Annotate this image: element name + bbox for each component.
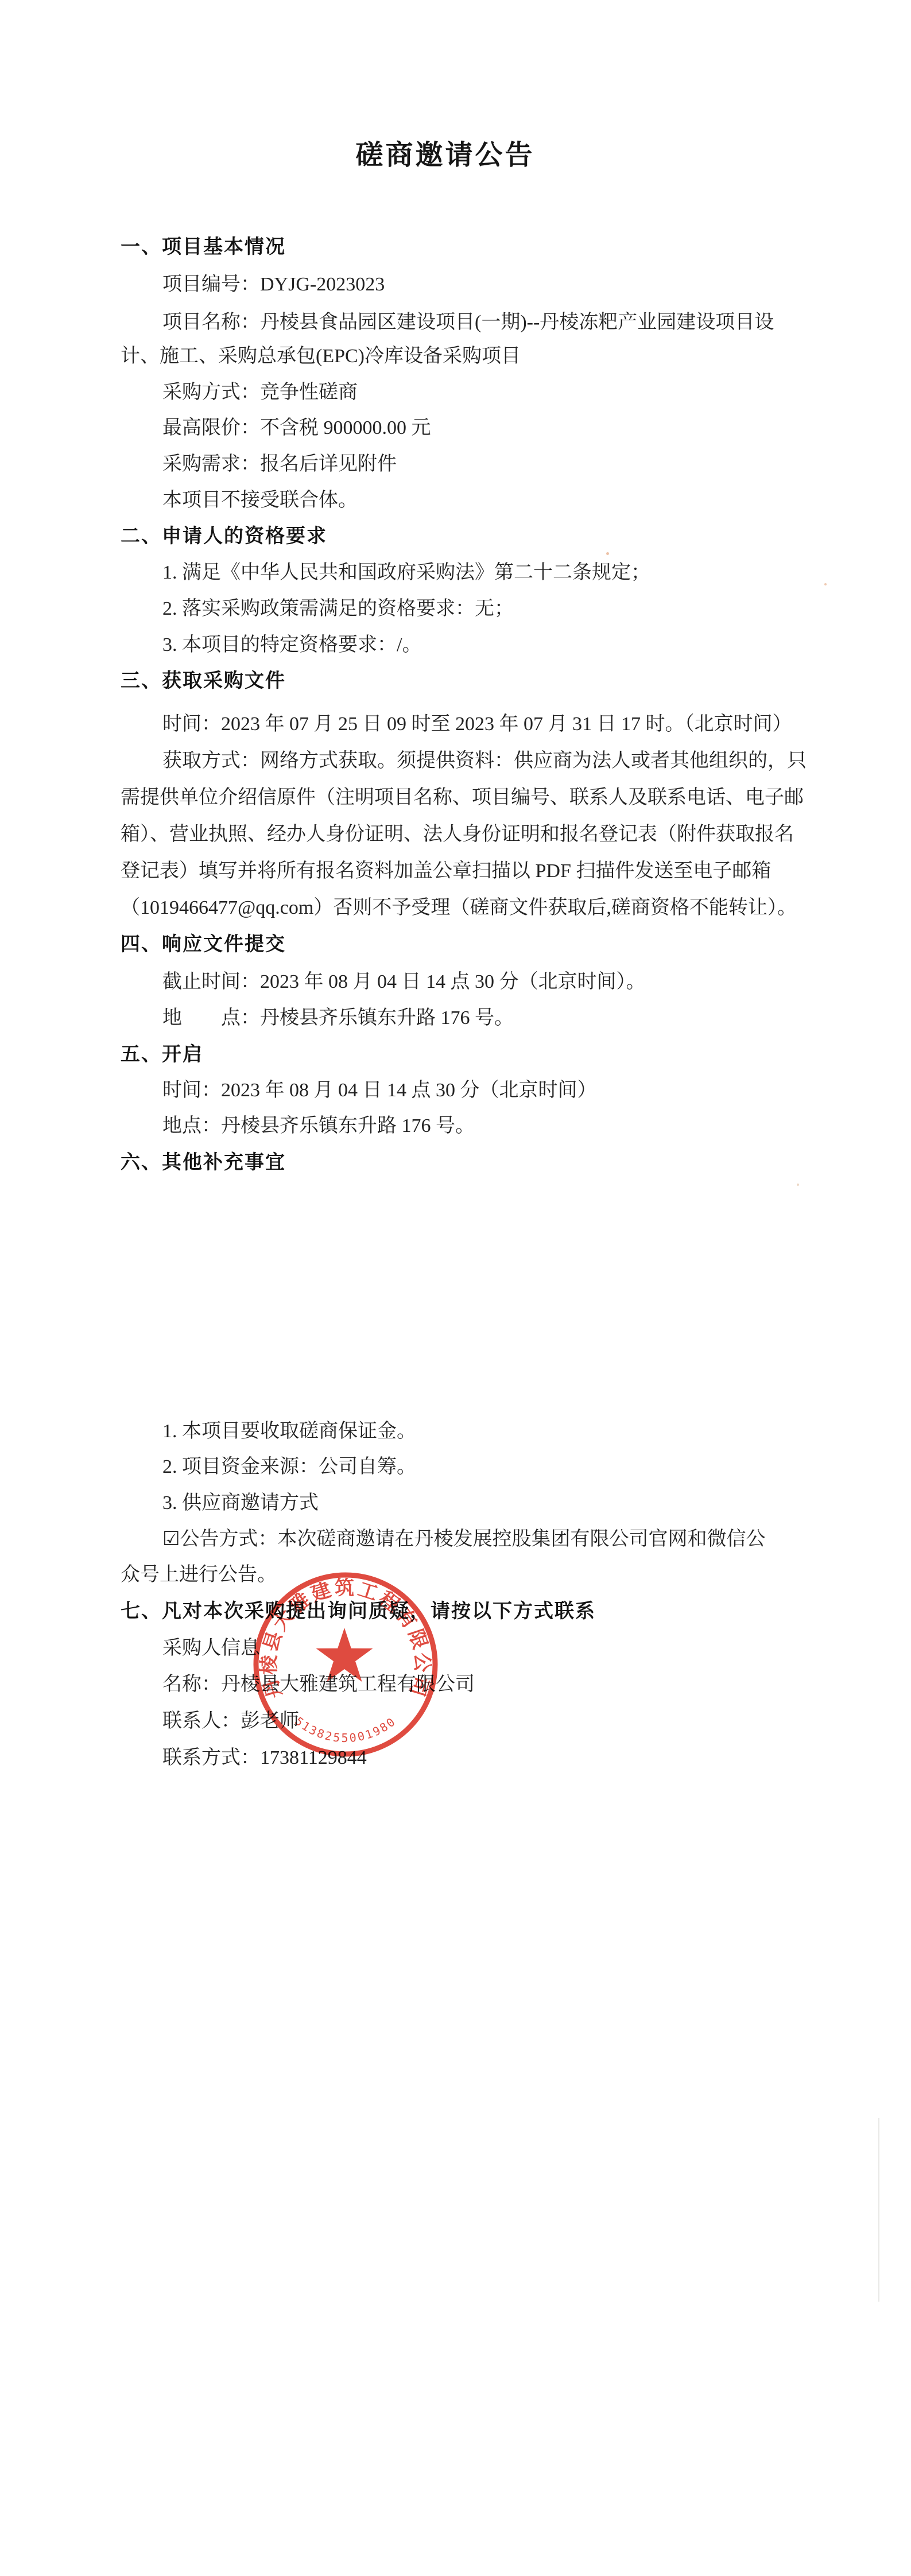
doc-line: 计、施工、采购总承包(EPC)冷库设备采购项目 bbox=[121, 338, 521, 374]
doc-line: 截止时间：2023 年 08 月 04 日 14 点 30 分（北京时间）。 bbox=[162, 964, 646, 1000]
doc-line: 1. 本项目要收取磋商保证金。 bbox=[162, 1413, 416, 1449]
doc-line: 项目编号：DYJG-2023023 bbox=[162, 266, 385, 302]
doc-line: 需提供单位介绍信原件（注明项目名称、项目编号、联系人及联系电话、电子邮 bbox=[121, 779, 804, 816]
section-heading: 二、申请人的资格要求 bbox=[121, 518, 327, 554]
scan-speckle bbox=[797, 1184, 799, 1186]
doc-line: 采购方式：竞争性磋商 bbox=[162, 374, 358, 410]
announcement-page: 磋商邀请公告 一、项目基本情况项目编号：DYJG-2023023项目名称：丹棱县… bbox=[0, 0, 911, 2576]
scan-speckle bbox=[606, 552, 609, 555]
doc-line: （1019466477@qq.com）否则不予受理（磋商文件获取后,磋商资格不能… bbox=[121, 890, 797, 926]
scan-artifact-line bbox=[878, 2118, 879, 2302]
doc-line: 采购人信息 bbox=[162, 1630, 260, 1666]
doc-line: 采购需求：报名后详见附件 bbox=[162, 446, 397, 482]
doc-line: 时间：2023 年 08 月 04 日 14 点 30 分（北京时间） bbox=[162, 1072, 597, 1108]
doc-line: 2. 落实采购政策需满足的资格要求：无； bbox=[162, 591, 514, 627]
seal-star-icon bbox=[316, 1628, 373, 1682]
doc-line: 3. 供应商邀请方式 bbox=[162, 1485, 319, 1521]
doc-line: 登记表）填写并将所有报名资料加盖公章扫描以 PDF 扫描件发送至电子邮箱 bbox=[121, 853, 771, 889]
doc-line: 时间：2023 年 07 月 25 日 09 时至 2023 年 07 月 31… bbox=[162, 706, 792, 742]
doc-line: ☑公告方式：本次磋商邀请在丹棱发展控股集团有限公司官网和微信公 bbox=[162, 1521, 765, 1557]
company-seal: 丹棱县大雅建筑工程有限公司 5138255001980 bbox=[247, 1566, 445, 1764]
doc-line: 箱）、营业执照、经办人身份证明、法人身份证明和报名登记表（附件获取报名 bbox=[121, 816, 794, 852]
doc-line: 本项目不接受联合体。 bbox=[162, 482, 358, 518]
doc-line: 最高限价：不含税 900000.00 元 bbox=[162, 410, 431, 446]
document-title: 磋商邀请公告 bbox=[0, 137, 901, 174]
section-heading: 六、其他补充事宜 bbox=[121, 1145, 286, 1181]
seal-number: 5138255001980 bbox=[292, 1714, 399, 1745]
doc-line: 地 点：丹棱县齐乐镇东升路 176 号。 bbox=[162, 1000, 514, 1036]
section-heading: 五、开启 bbox=[121, 1037, 203, 1073]
scan-speckle bbox=[824, 583, 827, 585]
doc-line: 获取方式：网络方式获取。须提供资料：供应商为法人或者其他组织的，只 bbox=[162, 743, 807, 779]
doc-line: 2. 项目资金来源：公司自筹。 bbox=[162, 1449, 416, 1485]
section-heading: 四、响应文件提交 bbox=[121, 926, 286, 963]
doc-line: 项目名称：丹棱县食品园区建设项目(一期)--丹棱冻粑产业园建设项目设 bbox=[162, 304, 774, 340]
section-heading: 三、获取采购文件 bbox=[121, 663, 286, 699]
doc-line: 3. 本项目的特定资格要求：/。 bbox=[162, 627, 421, 663]
section-heading: 一、项目基本情况 bbox=[121, 229, 286, 265]
doc-line: 1. 满足《中华人民共和国政府采购法》第二十二条规定； bbox=[162, 554, 650, 591]
doc-line: 地点：丹棱县齐乐镇东升路 176 号。 bbox=[162, 1108, 475, 1144]
